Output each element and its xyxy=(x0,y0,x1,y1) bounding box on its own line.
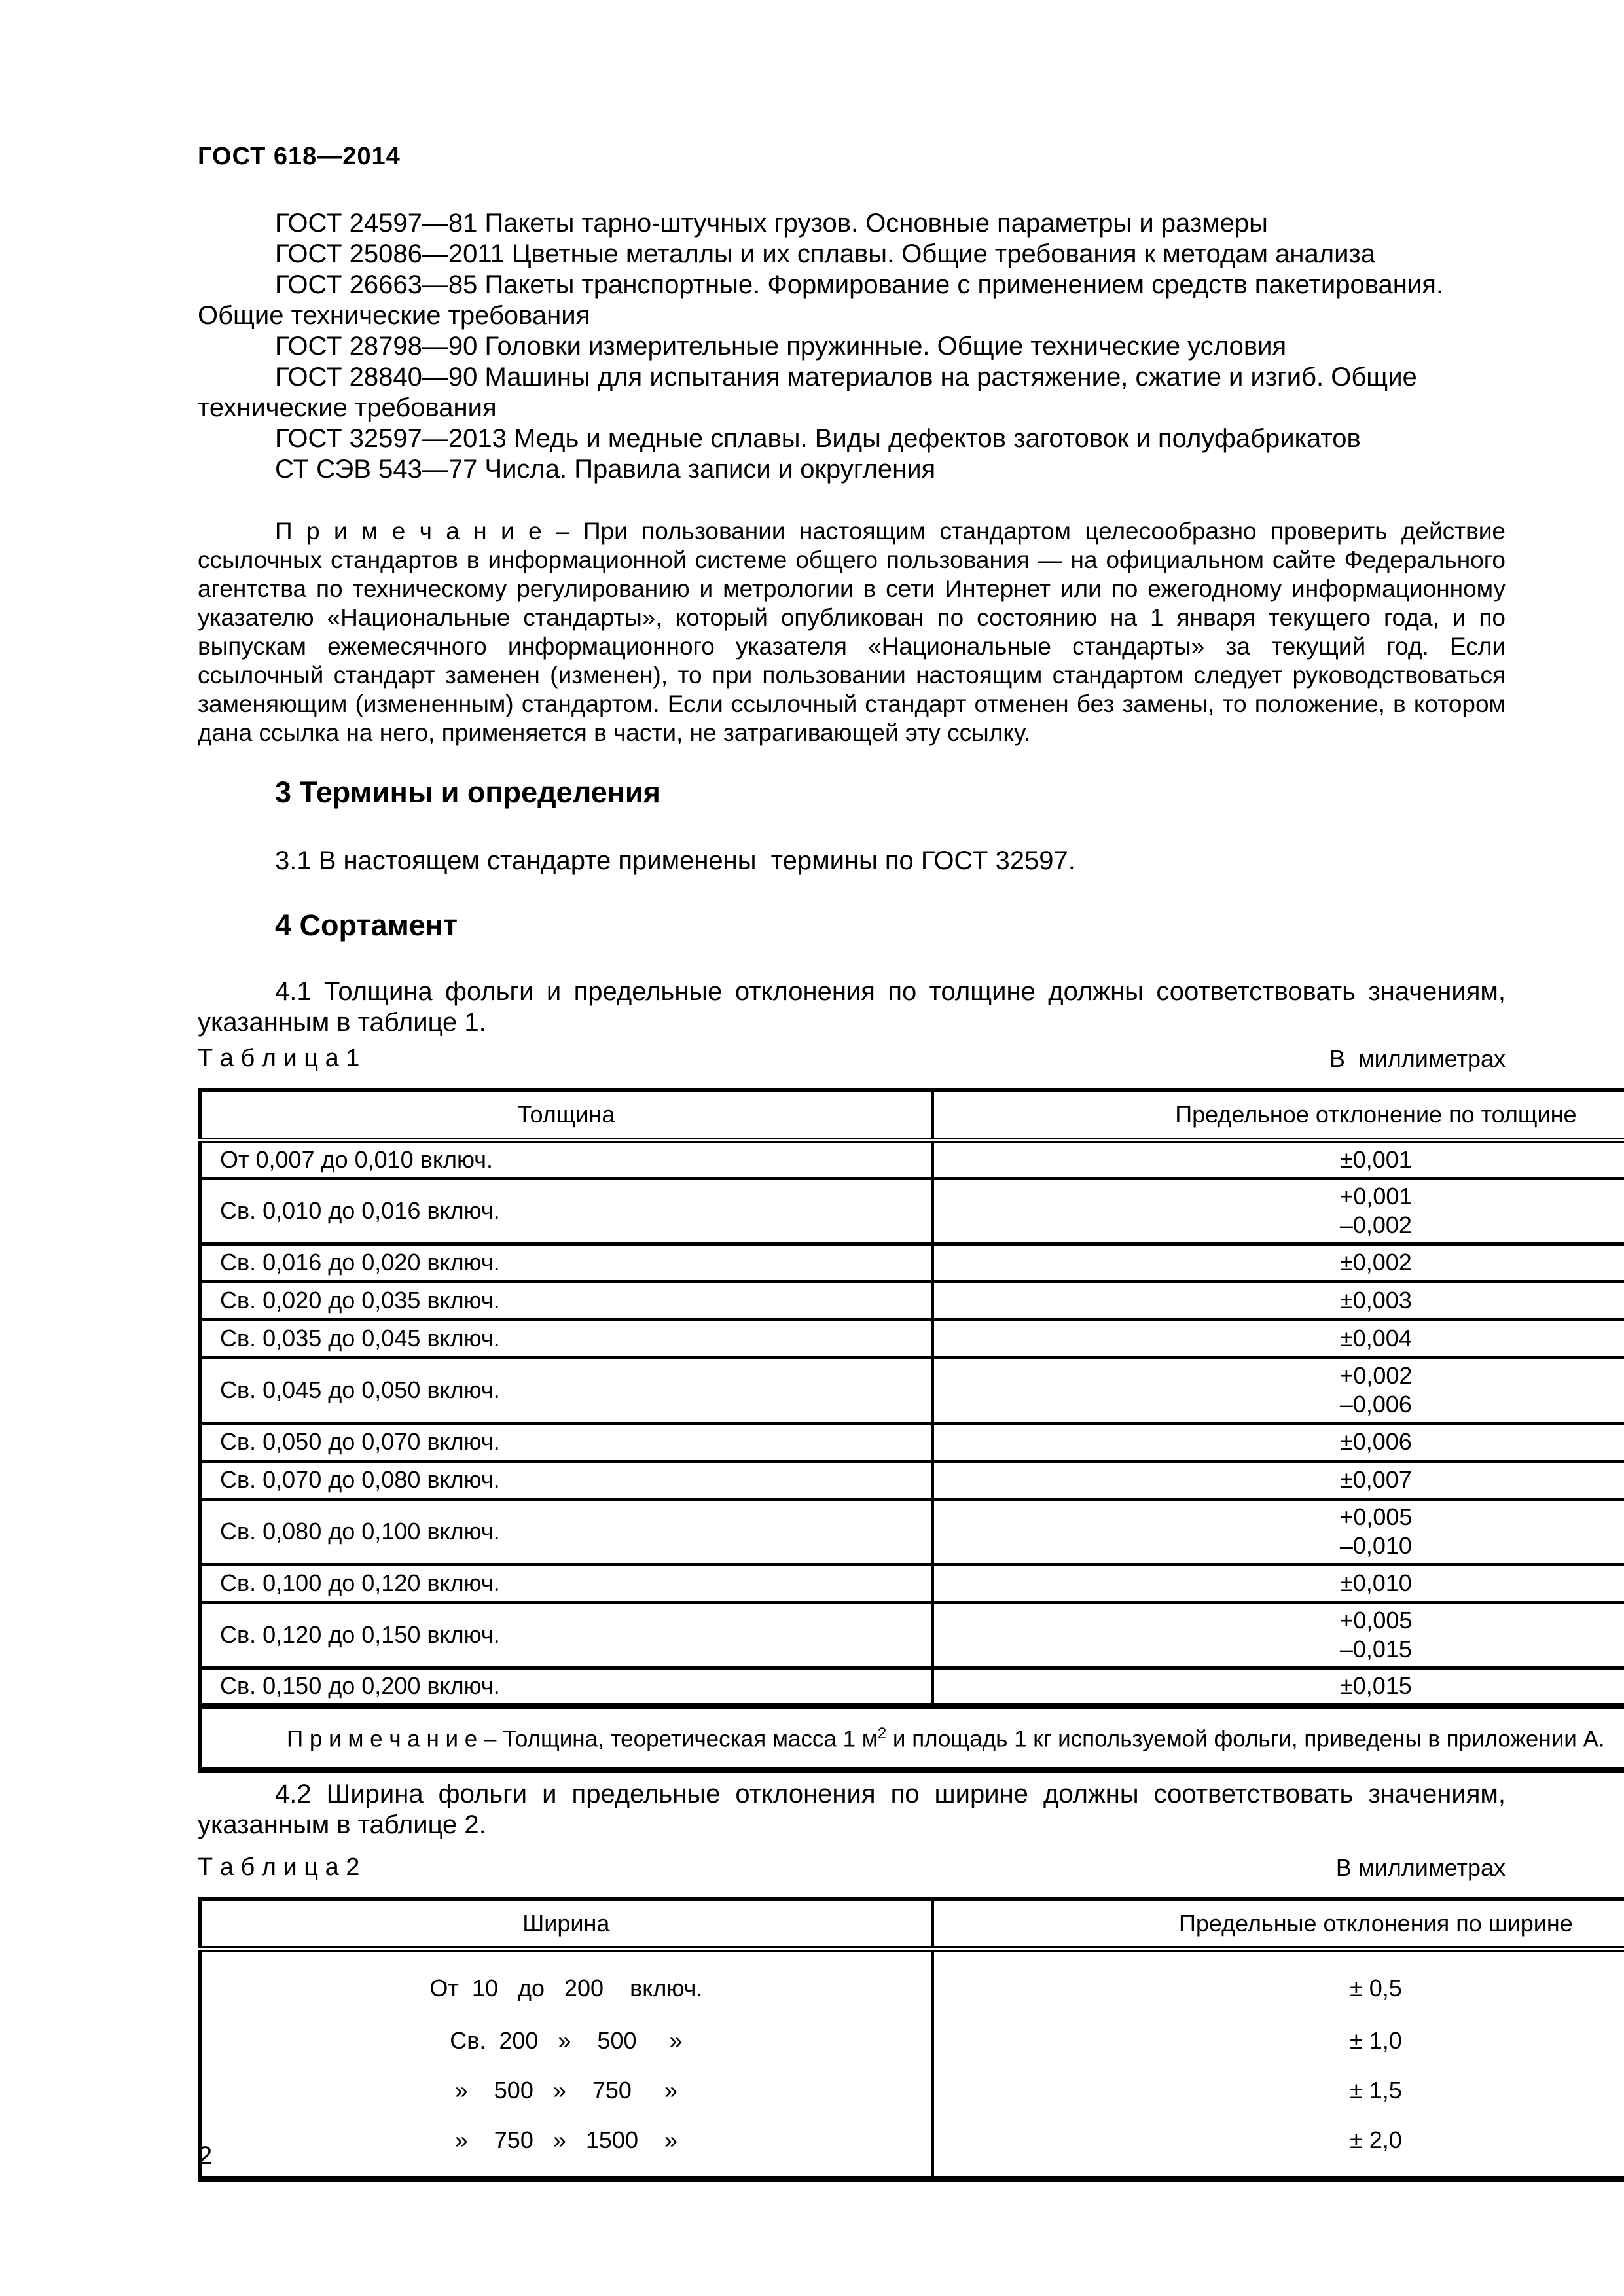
thickness-range: От 0,007 до 0,010 включ. xyxy=(200,1140,932,1178)
reference-item: ГОСТ 28840—90 Машины для испытания матер… xyxy=(198,362,1506,423)
table-row: Св. 0,010 до 0,016 включ. +0,001 –0,002 xyxy=(200,1178,1624,1244)
table2-units: В миллиметрах xyxy=(1336,1854,1506,1882)
paragraph-3-1: 3.1 В настоящем стандарте применены терм… xyxy=(198,846,1506,876)
table1-header-row: Толщина Предельное отклонение по толщине xyxy=(200,1090,1624,1140)
width-deviation: ± 2,0 xyxy=(932,2115,1624,2179)
thickness-range: Св. 0,016 до 0,020 включ. xyxy=(200,1244,932,1282)
table2-caption-row: Т а б л и ц а 2 В миллиметрах xyxy=(198,1854,1506,1882)
thickness-range: Св. 0,150 до 0,200 включ. xyxy=(200,1668,932,1706)
table2-header-deviation: Предельные отклонения по ширине xyxy=(932,1899,1624,1949)
thickness-deviation: +0,005 –0,010 xyxy=(932,1499,1624,1564)
table-row: Св. 0,070 до 0,080 включ. ±0,007 xyxy=(200,1461,1624,1499)
section-4-title: 4 Сортамент xyxy=(198,908,1506,942)
width-range: » 750 » 1500 » xyxy=(200,2115,932,2179)
table-row: Св. 0,035 до 0,045 включ. ±0,004 xyxy=(200,1319,1624,1357)
table1-note-text: и площадь 1 кг используемой фольги, прив… xyxy=(886,1726,1604,1751)
table2-width-tolerances: Ширина Предельные отклонения по ширине О… xyxy=(198,1897,1624,2182)
table1-caption-row: Т а б л и ц а 1 В миллиметрах xyxy=(198,1045,1506,1073)
table2-header-row: Ширина Предельные отклонения по ширине xyxy=(200,1899,1624,1949)
width-range: От 10 до 200 включ. xyxy=(200,1949,932,2016)
thickness-deviation: ±0,007 xyxy=(932,1461,1624,1499)
table1-note: П р и м е ч а н и е – Толщина, теоретиче… xyxy=(200,1706,1624,1770)
thickness-range: Св. 0,010 до 0,016 включ. xyxy=(200,1178,932,1244)
thickness-range: Св. 0,050 до 0,070 включ. xyxy=(200,1423,932,1461)
table1-note-superscript: 2 xyxy=(878,1725,886,1742)
table-row: Св. 0,150 до 0,200 включ. ±0,015 xyxy=(200,1668,1624,1706)
thickness-deviation: ±0,002 xyxy=(932,1244,1624,1282)
thickness-deviation: ±0,003 xyxy=(932,1282,1624,1319)
thickness-range: Св. 0,080 до 0,100 включ. xyxy=(200,1499,932,1564)
page-number: 2 xyxy=(198,2142,212,2171)
table1-note-row: П р и м е ч а н и е – Толщина, теоретиче… xyxy=(200,1706,1624,1770)
table-row: От 0,007 до 0,010 включ. ±0,001 xyxy=(200,1140,1624,1178)
table-row: Св. 0,080 до 0,100 включ. +0,005 –0,010 xyxy=(200,1499,1624,1564)
references-note-paragraph: П р и м е ч а н и е – При пользовании на… xyxy=(198,517,1506,747)
table1-header-deviation: Предельное отклонение по толщине xyxy=(932,1090,1624,1140)
section-3-title: 3 Термины и определения xyxy=(198,776,1506,810)
width-range: Св. 200 » 500 » xyxy=(200,2016,932,2066)
table-row: » 500 » 750 » ± 1,5 xyxy=(200,2066,1624,2115)
width-deviation: ± 1,5 xyxy=(932,2066,1624,2115)
reference-item: ГОСТ 32597—2013 Медь и медные сплавы. Ви… xyxy=(198,423,1506,454)
normative-references-list: ГОСТ 24597—81 Пакеты тарно-штучных грузо… xyxy=(198,208,1506,485)
table-row: Св. 200 » 500 » ± 1,0 xyxy=(200,2016,1624,2066)
thickness-deviation: ±0,006 xyxy=(932,1423,1624,1461)
table-row: Св. 0,050 до 0,070 включ. ±0,006 xyxy=(200,1423,1624,1461)
paragraph-4-2: 4.2 Ширина фольги и предельные отклонени… xyxy=(198,1779,1506,1840)
table1-header-thickness: Толщина xyxy=(200,1090,932,1140)
width-deviation: ± 1,0 xyxy=(932,2016,1624,2066)
table-row: » 750 » 1500 » ± 2,0 xyxy=(200,2115,1624,2179)
thickness-deviation: ±0,004 xyxy=(932,1319,1624,1357)
thickness-range: Св. 0,045 до 0,050 включ. xyxy=(200,1357,932,1423)
reference-item: ГОСТ 24597—81 Пакеты тарно-штучных грузо… xyxy=(198,208,1506,239)
thickness-deviation: ±0,010 xyxy=(932,1564,1624,1602)
table-row: Св. 0,045 до 0,050 включ. +0,002 –0,006 xyxy=(200,1357,1624,1423)
table1-thickness-tolerances: Толщина Предельное отклонение по толщине… xyxy=(198,1088,1624,1773)
thickness-deviation: +0,001 –0,002 xyxy=(932,1178,1624,1244)
thickness-range: Св. 0,120 до 0,150 включ. xyxy=(200,1602,932,1668)
table-row: Св. 0,020 до 0,035 включ. ±0,003 xyxy=(200,1282,1624,1319)
width-deviation: ± 0,5 xyxy=(932,1949,1624,2016)
reference-item: ГОСТ 28798—90 Головки измерительные пруж… xyxy=(198,331,1506,362)
thickness-range: Св. 0,035 до 0,045 включ. xyxy=(200,1319,932,1357)
table2-header-width: Ширина xyxy=(200,1899,932,1949)
thickness-deviation: +0,002 –0,006 xyxy=(932,1357,1624,1423)
thickness-deviation: ±0,015 xyxy=(932,1668,1624,1706)
table2-label: Т а б л и ц а 2 xyxy=(198,1854,359,1882)
table1-label: Т а б л и ц а 1 xyxy=(198,1045,359,1073)
thickness-deviation: +0,005 –0,015 xyxy=(932,1602,1624,1668)
thickness-deviation: ±0,001 xyxy=(932,1140,1624,1178)
thickness-range: Св. 0,070 до 0,080 включ. xyxy=(200,1461,932,1499)
page-header-doc-code: ГОСТ 618—2014 xyxy=(198,143,1506,171)
table-row: Св. 0,120 до 0,150 включ. +0,005 –0,015 xyxy=(200,1602,1624,1668)
table-row: Св. 0,100 до 0,120 включ. ±0,010 xyxy=(200,1564,1624,1602)
reference-item: ГОСТ 26663—85 Пакеты транспортные. Форми… xyxy=(198,270,1506,331)
thickness-range: Св. 0,020 до 0,035 включ. xyxy=(200,1282,932,1319)
thickness-range: Св. 0,100 до 0,120 включ. xyxy=(200,1564,932,1602)
paragraph-4-1: 4.1 Толщина фольги и предельные отклонен… xyxy=(198,977,1506,1038)
reference-item: ГОСТ 25086—2011 Цветные металлы и их спл… xyxy=(198,239,1506,270)
width-range: » 500 » 750 » xyxy=(200,2066,932,2115)
table-row: Св. 0,016 до 0,020 включ. ±0,002 xyxy=(200,1244,1624,1282)
reference-item: СТ СЭВ 543—77 Числа. Правила записи и ок… xyxy=(198,454,1506,485)
table-row: От 10 до 200 включ. ± 0,5 xyxy=(200,1949,1624,2016)
table1-note-text: П р и м е ч а н и е – Толщина, теоретиче… xyxy=(287,1726,878,1751)
table1-units: В миллиметрах xyxy=(1329,1045,1506,1073)
document-page: ГОСТ 618—2014 ГОСТ 24597—81 Пакеты тарно… xyxy=(0,0,1624,2296)
